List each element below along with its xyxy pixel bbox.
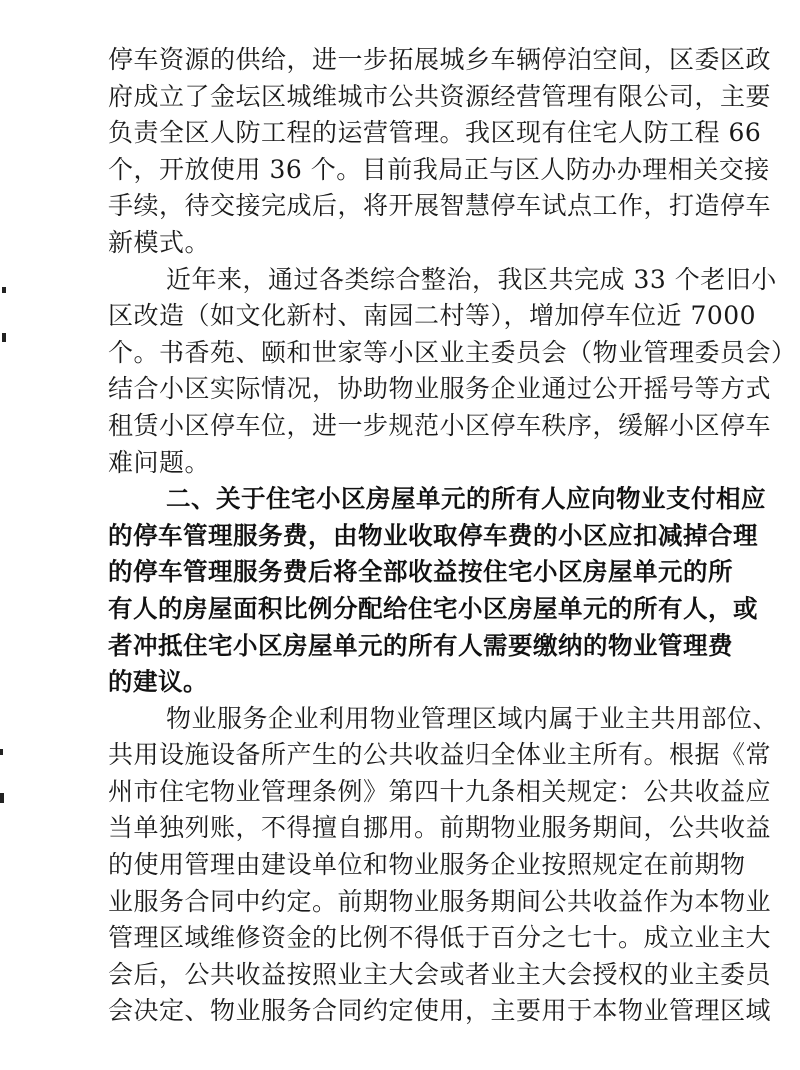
binding-mark (0, 749, 3, 755)
document-body: 停车资源的供给，进一步拓展城乡车辆停泊空间，区委区政 府成立了金坛区城维城市公共… (108, 42, 700, 1030)
text-line: 停车资源的供给，进一步拓展城乡车辆停泊空间，区委区政 (108, 42, 700, 79)
binding-mark (0, 793, 4, 803)
text-line: 业服务合同中约定。前期物业服务期间公共收益作为本物业 (108, 884, 700, 921)
text-line: 府成立了金坛区城维城市公共资源经营管理有限公司，主要 (108, 79, 700, 116)
binding-mark (2, 333, 6, 342)
text-line: 结合小区实际情况，协助物业服务企业通过公开摇号等方式 (108, 371, 700, 408)
text-line: 共用设施设备所产生的公共收益归全体业主所有。根据《常 (108, 737, 700, 774)
text-line: 的建议。 (108, 664, 700, 701)
text-line: 难问题。 (108, 445, 700, 482)
text-line: 负责全区人防工程的运营管理。我区现有住宅人防工程 66 (108, 115, 700, 152)
scanned-document-page: 停车资源的供给，进一步拓展城乡车辆停泊空间，区委区政 府成立了金坛区城维城市公共… (0, 0, 800, 1070)
text-line: 的停车管理服务费后将全部收益按住宅小区房屋单元的所 (108, 554, 700, 591)
text-line: 物业服务企业利用物业管理区域内属于业主共用部位、 (108, 701, 700, 738)
text-line: 管理区域维修资金的比例不得低于百分之七十。成立业主大 (108, 920, 700, 957)
binding-mark (2, 287, 6, 293)
text-line: 会后，公共收益按照业主大会或者业主大会授权的业主委员 (108, 957, 700, 994)
text-line: 区改造（如文化新村、南园二村等），增加停车位近 7000 (108, 298, 700, 335)
text-line: 的使用管理由建设单位和物业服务企业按照规定在前期物 (108, 847, 700, 884)
text-line: 当单独列账，不得擅自挪用。前期物业服务期间，公共收益 (108, 810, 700, 847)
paragraph-public-revenue: 物业服务企业利用物业管理区域内属于业主共用部位、 共用设施设备所产生的公共收益归… (108, 701, 700, 1030)
text-line: 租赁小区停车位，进一步规范小区停车秩序，缓解小区停车 (108, 408, 700, 445)
paragraph-parking-supply: 停车资源的供给，进一步拓展城乡车辆停泊空间，区委区政 府成立了金坛区城维城市公共… (108, 42, 700, 262)
text-line: 有人的房屋面积比例分配给住宅小区房屋单元的所有人，或 (108, 591, 700, 628)
text-line: 州市住宅物业管理条例》第四十九条相关规定：公共收益应 (108, 774, 700, 811)
text-line: 近年来，通过各类综合整治，我区共完成 33 个老旧小 (108, 262, 700, 299)
text-line: 的停车管理服务费，由物业收取停车费的小区应扣减掉合理 (108, 518, 700, 555)
text-line: 二、关于住宅小区房屋单元的所有人应向物业支付相应 (108, 481, 700, 518)
paragraph-old-community-renovation: 近年来，通过各类综合整治，我区共完成 33 个老旧小 区改造（如文化新村、南园二… (108, 262, 700, 482)
text-line: 个。书香苑、颐和世家等小区业主委员会（物业管理委员会） (108, 335, 700, 372)
text-line: 会决定、物业服务合同约定使用，主要用于本物业管理区域 (108, 993, 700, 1030)
text-line: 新模式。 (108, 225, 700, 262)
text-line: 者冲抵住宅小区房屋单元的所有人需要缴纳的物业管理费 (108, 628, 700, 665)
text-line: 个，开放使用 36 个。目前我局正与区人防办办理相关交接 (108, 152, 700, 189)
text-line: 手续，待交接完成后，将开展智慧停车试点工作，打造停车 (108, 188, 700, 225)
section-heading-two: 二、关于住宅小区房屋单元的所有人应向物业支付相应 的停车管理服务费，由物业收取停… (108, 481, 700, 701)
